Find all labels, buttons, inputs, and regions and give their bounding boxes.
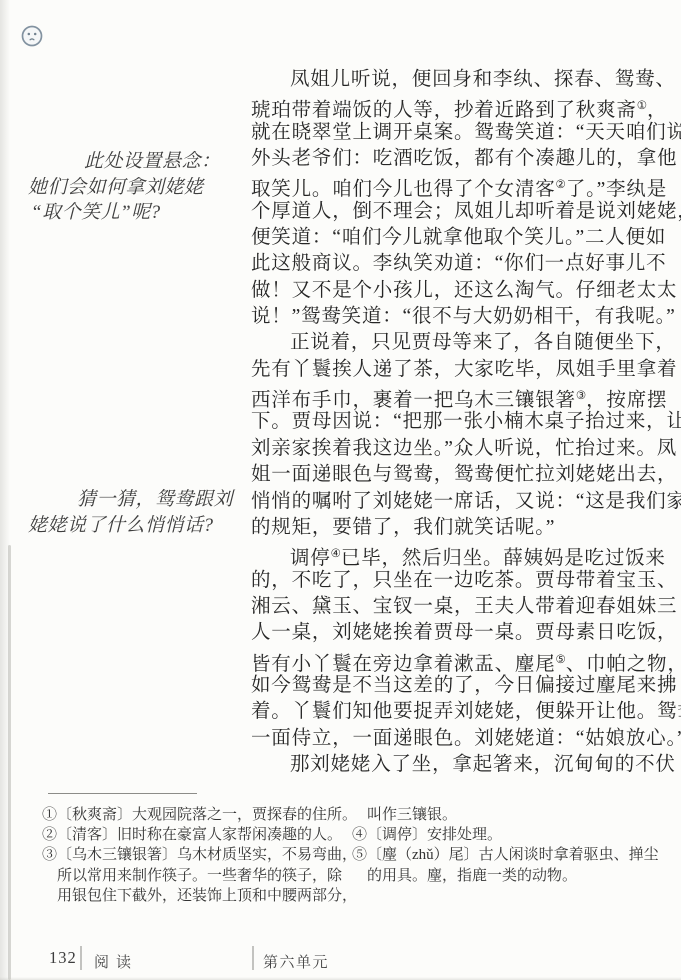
footer-section-label: 阅读 xyxy=(94,951,138,972)
text-line: 此这般商议。李纨笑劝道：“你们一点好事儿不 xyxy=(251,251,671,277)
margin-note-line: 她们会如何拿刘姥姥 xyxy=(28,175,220,201)
text-line: 湘云、黛玉、宝钗一桌，王夫人带着迎春姐妹三 xyxy=(251,594,671,620)
margin-note-line: 此处设置悬念： xyxy=(28,149,220,175)
footnotes-left-column: ①〔秋爽斋〕大观园院落之一，贾探春的住所。 ②〔清客〕旧时称在豪富人家帮闲凑趣的… xyxy=(42,805,362,906)
thinking-face-icon xyxy=(20,24,44,48)
footnote-divider xyxy=(48,793,197,794)
footnote-line: ④〔调停〕安排处理。 xyxy=(352,825,664,845)
text-line: 便笑道：“咱们今儿就拿他取个笑儿。”二人便如 xyxy=(251,225,671,251)
text-line: 调停④已毕，然后归坐。薛姨妈是吃过饭来 xyxy=(251,541,671,567)
page-number: 132 xyxy=(49,948,77,968)
footnote-line: ②〔清客〕旧时称在豪富人家帮闲凑趣的人。 xyxy=(42,825,362,845)
text-line: 一面侍立，一面递眼色。刘姥姥道：“姑娘放心。” xyxy=(251,726,671,752)
text-line: 人一桌，刘姥姥挨着贾母一桌。贾母素日吃饭， xyxy=(251,620,671,646)
footnote-line: ⑤〔麈（zhǔ）尾〕古人闲谈时拿着驱虫、掸尘 xyxy=(352,845,664,865)
footnote-line: ③〔乌木三镶银箸〕乌木材质坚实，不易弯曲， xyxy=(42,845,362,865)
text-line: 悄悄的嘱咐了刘姥姥一席话，又说：“这是我们家 xyxy=(251,489,671,515)
footnote-line: 用银包住下截外，还装饰上顶和中腰两部分， xyxy=(42,886,362,906)
text-line: 外头老爷们：吃酒吃饭，都有个凑趣儿的，拿他 xyxy=(251,146,671,172)
margin-note-guess: 猜一猜，鸳鸯跟刘 姥姥说了什么悄悄话? xyxy=(28,487,220,538)
footer-divider xyxy=(252,946,254,970)
footnote-line: 的用具。麈，指鹿一类的动物。 xyxy=(352,866,664,886)
footer-divider xyxy=(80,946,82,970)
text-line: 的，不吃了，只坐在一边吃茶。贾母带着宝玉、 xyxy=(251,568,671,594)
footer-unit-label: 第六单元 xyxy=(263,951,329,972)
text-line: 说！”鸳鸯笑道：“很不与大奶奶相干，有我呢。” xyxy=(251,304,671,330)
text-line: 下。贾母因说：“把那一张小楠木桌子抬过来，让 xyxy=(251,409,671,435)
footnote-line: 所以常用来制作筷子。一些奢华的筷子，除 xyxy=(42,866,362,886)
footnotes-right-column: 叫作三镶银。 ④〔调停〕安排处理。 ⑤〔麈（zhǔ）尾〕古人闲谈时拿着驱虫、掸尘… xyxy=(352,805,664,886)
text-line: 西洋布手巾，裹着一把乌木三镶银箸③，按席摆 xyxy=(251,383,671,409)
text-line: 那刘姥姥入了坐，拿起箸来，沉甸甸的不伏 xyxy=(251,752,671,778)
text-line: 琥珀带着端饭的人等，抄着近路到了秋爽斋①， xyxy=(251,93,671,119)
margin-note-line: 姥姥说了什么悄悄话? xyxy=(28,513,220,539)
footnote-line: ①〔秋爽斋〕大观园院落之一，贾探春的住所。 xyxy=(42,805,362,825)
text-line: 先有丫鬟挨人递了茶，大家吃毕，凤姐手里拿着 xyxy=(251,357,671,383)
text-line: 正说着，只见贾母等来了，各自随便坐下， xyxy=(251,330,671,356)
main-text-column: 凤姐儿听说，便回身和李纨、探春、鸳鸯、 琥珀带着端饭的人等，抄着近路到了秋爽斋①… xyxy=(251,67,671,778)
text-line: 姐一面递眼色与鸳鸯，鸳鸯便忙拉刘姥姥出去， xyxy=(251,462,671,488)
margin-note-line: 猜一猜，鸳鸯跟刘 xyxy=(28,487,220,513)
text-line: 做！又不是个小孩儿，还这么淘气。仔细老太太 xyxy=(251,278,671,304)
text-line: 刘亲家挨着我这边坐。”众人听说，忙抬过来。凤 xyxy=(251,436,671,462)
scan-edge-left-lower xyxy=(8,545,11,980)
text-line: 皆有小丫鬟在旁边拿着漱盂、麈尾⑤、巾帕之物， xyxy=(251,647,671,673)
footnote-line: 叫作三镶银。 xyxy=(352,805,664,825)
text-line: 如今鸳鸯是不当这差的了，今日偏接过麈尾来拂 xyxy=(251,673,671,699)
text-line: 的规矩，要错了，我们就笑话呢。” xyxy=(251,515,671,541)
text-line: 凤姐儿听说，便回身和李纨、探春、鸳鸯、 xyxy=(251,67,671,93)
text-line: 个厚道人，倒不理会；凤姐儿却听着是说刘姥姥， xyxy=(251,199,671,225)
text-line: 就在晓翠堂上调开桌案。鸳鸯笑道：“天天咱们说 xyxy=(251,120,671,146)
margin-note-suspense: 此处设置悬念： 她们会如何拿刘姥姥 “取个笑儿”呢? xyxy=(28,149,220,226)
text-line: 着。丫鬟们知他要捉弄刘姥姥，便躲开让他。鸳鸯 xyxy=(251,699,671,725)
text-line: 取笑儿。咱们今儿也得了个女清客②了。”李纨是 xyxy=(251,172,671,198)
margin-note-line: “取个笑儿”呢? xyxy=(28,200,220,226)
